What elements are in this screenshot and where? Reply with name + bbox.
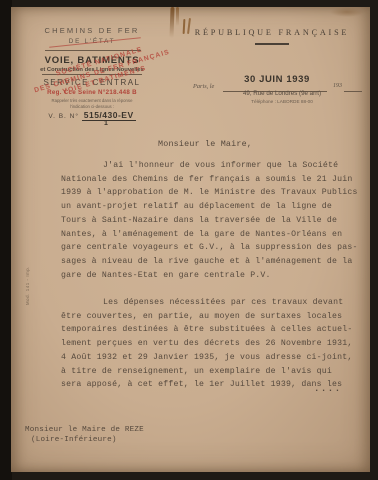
reference-note-line1: Rappeler très exactement dans la réponse: [17, 98, 167, 103]
date-stamp: 30 JUIN 1939: [225, 74, 329, 85]
printer-edge-mark: Mod. 141 - Imp.: [25, 266, 30, 305]
headquarters-address: 49, Rue de Londres (9e arrt): [199, 90, 365, 97]
reference-note-line2: l'indication ci-dessous :: [17, 104, 167, 109]
salutation: Monsieur le Maire,: [158, 139, 252, 149]
company-name-line1: CHEMINS DE FER: [17, 26, 167, 35]
place-date-prefix: Paris, le: [193, 83, 214, 90]
headquarters-phone: Téléphone : LABORDE 88-00: [199, 99, 365, 104]
scanned-page-background: CHEMINS DE FER DE L'ÉTAT VOIE, BATIMENTS…: [0, 0, 378, 480]
file-reference-prefix: V. B. N°: [48, 113, 79, 120]
heading-underline: [255, 43, 289, 45]
letterhead-divider-rule: [42, 74, 142, 75]
department-subtitle: et Construction des Lignes Nouvelles: [17, 67, 167, 73]
service-central-label: SERVICE CENTRAL: [17, 78, 167, 87]
recipient-name: Monsieur le Maire de REZE: [25, 426, 144, 434]
commerce-registration: Reg. Cce Seine N°218.448 B: [17, 89, 167, 96]
file-reference: V. B. N° 515/430-EV: [17, 110, 167, 120]
letter-paper: CHEMINS DE FER DE L'ÉTAT VOIE, BATIMENTS…: [11, 7, 370, 472]
department-title: VOIE, BATIMENTS: [17, 55, 167, 66]
letter-paragraph-2: Les dépenses nécessitées par ces travaux…: [61, 296, 361, 392]
letter-paragraph-1: J'ai l'honneur de vous informer que la S…: [61, 159, 361, 282]
continuation-dots: ....: [314, 384, 342, 394]
recipient-department: (Loire-Inférieure): [31, 436, 117, 444]
letterhead-divider-rule: [45, 50, 141, 51]
file-reference-denominator: 1: [17, 120, 167, 127]
printed-year-prefix: 193: [333, 83, 342, 89]
letterhead-left: CHEMINS DE FER DE L'ÉTAT VOIE, BATIMENTS…: [17, 19, 167, 131]
republique-francaise-heading: RÉPUBLIQUE FRANÇAISE: [179, 28, 365, 37]
